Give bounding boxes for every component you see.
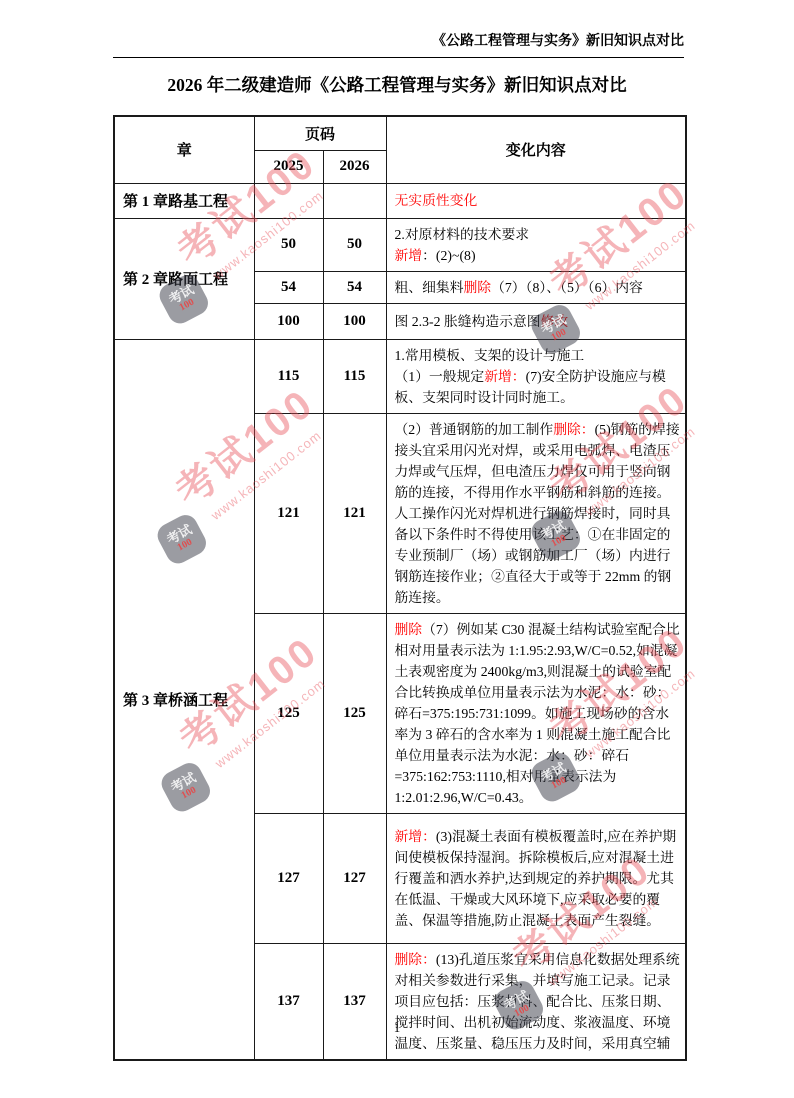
change-marker: 删除 [464,280,492,295]
page-2025-cell: 121 [254,413,323,613]
chapter-cell: 第 1 章路基工程 [114,183,254,218]
change-text: (5)钢筋的焊接接头宜采用闪光对焊，或采用电弧焊、电渣压力焊或气压焊，但电渣压力… [395,422,680,605]
change-text: 图 2.3-2 胀缝构造示意图 [395,314,541,329]
change-content-cell: 删除：(13)孔道压浆宜采用信息化数据处理系统对相关参数进行采集，并填写施工记录… [386,943,686,1060]
page-2025-cell: 137 [254,943,323,1060]
table-header: 章 页码 变化内容 2025 2026 [114,116,686,183]
change-text: (3)混凝土表面有模板覆盖时,应在养护期间使模板保持湿润。拆除模板后,应对混凝土… [395,829,677,928]
page-2025-cell: 50 [254,218,323,271]
comparison-table: 章 页码 变化内容 2025 2026 第 1 章路基工程无实质性变化第 2 章… [113,115,687,1061]
change-marker: 删除 [395,622,423,637]
table-row: 第 2 章路面工程50502.对原材料的技术要求 新增：(2)~(8) [114,218,686,271]
running-header: 《公路工程管理与实务》新旧知识点对比 [113,30,684,58]
change-marker: 新增： [484,369,525,384]
col-header-2026: 2026 [323,150,386,183]
document-page: 《公路工程管理与实务》新旧知识点对比 2026 年二级建造师《公路工程管理与实务… [0,0,794,1098]
col-header-pages: 页码 [254,116,386,150]
chapter-cell: 第 3 章桥涵工程 [114,339,254,1060]
running-header-text: 《公路工程管理与实务》新旧知识点对比 [432,34,684,49]
change-content-cell: 1.常用模板、支架的设计与施工 （1）一般规定新增：(7)安全防护设施应与模板、… [386,339,686,413]
change-content-cell: 图 2.3-2 胀缝构造示意图修改 [386,303,686,339]
change-content-cell: 删除（7）例如某 C30 混凝土结构试验室配合比相对用量表示法为 1:1.95:… [386,613,686,813]
table-row: 第 1 章路基工程无实质性变化 [114,183,686,218]
page-2025-cell: 127 [254,813,323,943]
page-2026-cell [323,183,386,218]
page-2026-cell: 127 [323,813,386,943]
change-marker: 修改 [541,314,569,329]
page-2025-cell: 54 [254,271,323,303]
change-text: ：(2)~(8) [422,248,475,263]
col-header-2025: 2025 [254,150,323,183]
change-marker: 删除： [395,952,436,967]
change-text: （7）（8）、（5）（6）内容 [491,280,643,295]
page-2026-cell: 54 [323,271,386,303]
change-marker: 删除： [553,422,594,437]
change-text: （7）例如某 C30 混凝土结构试验室配合比相对用量表示法为 1:1.95:2.… [395,622,680,805]
col-header-changes: 变化内容 [386,116,686,183]
chapter-cell: 第 2 章路面工程 [114,218,254,339]
page-2026-cell: 100 [323,303,386,339]
change-text: 2.对原材料的技术要求 [395,227,530,242]
change-content-cell: 2.对原材料的技术要求 新增：(2)~(8) [386,218,686,271]
col-header-chapter: 章 [114,116,254,183]
page-2026-cell: 121 [323,413,386,613]
page-2025-cell: 115 [254,339,323,413]
page-2026-cell: 50 [323,218,386,271]
table-header-row-1: 章 页码 变化内容 [114,116,686,150]
page-number: 1 [0,1020,794,1036]
change-text: （2）普通钢筋的加工制作 [395,422,554,437]
change-content-cell: 无实质性变化 [386,183,686,218]
page-2025-cell: 125 [254,613,323,813]
change-marker: 无实质性变化 [395,193,478,208]
change-marker: 新增： [395,829,436,844]
change-marker: 新增 [395,248,423,263]
page-2025-cell [254,183,323,218]
change-content-cell: 粗、细集料删除（7）（8）、（5）（6）内容 [386,271,686,303]
page-2025-cell: 100 [254,303,323,339]
page-title: 2026 年二级建造师《公路工程管理与实务》新旧知识点对比 [0,72,794,97]
page-2026-cell: 115 [323,339,386,413]
table-body: 第 1 章路基工程无实质性变化第 2 章路面工程50502.对原材料的技术要求 … [114,183,686,1060]
change-content-cell: （2）普通钢筋的加工制作删除：(5)钢筋的焊接接头宜采用闪光对焊，或采用电弧焊、… [386,413,686,613]
page-2026-cell: 125 [323,613,386,813]
page-2026-cell: 137 [323,943,386,1060]
table-row: 第 3 章桥涵工程1151151.常用模板、支架的设计与施工 （1）一般规定新增… [114,339,686,413]
change-text: 粗、细集料 [395,280,464,295]
change-content-cell: 新增：(3)混凝土表面有模板覆盖时,应在养护期间使模板保持湿润。拆除模板后,应对… [386,813,686,943]
